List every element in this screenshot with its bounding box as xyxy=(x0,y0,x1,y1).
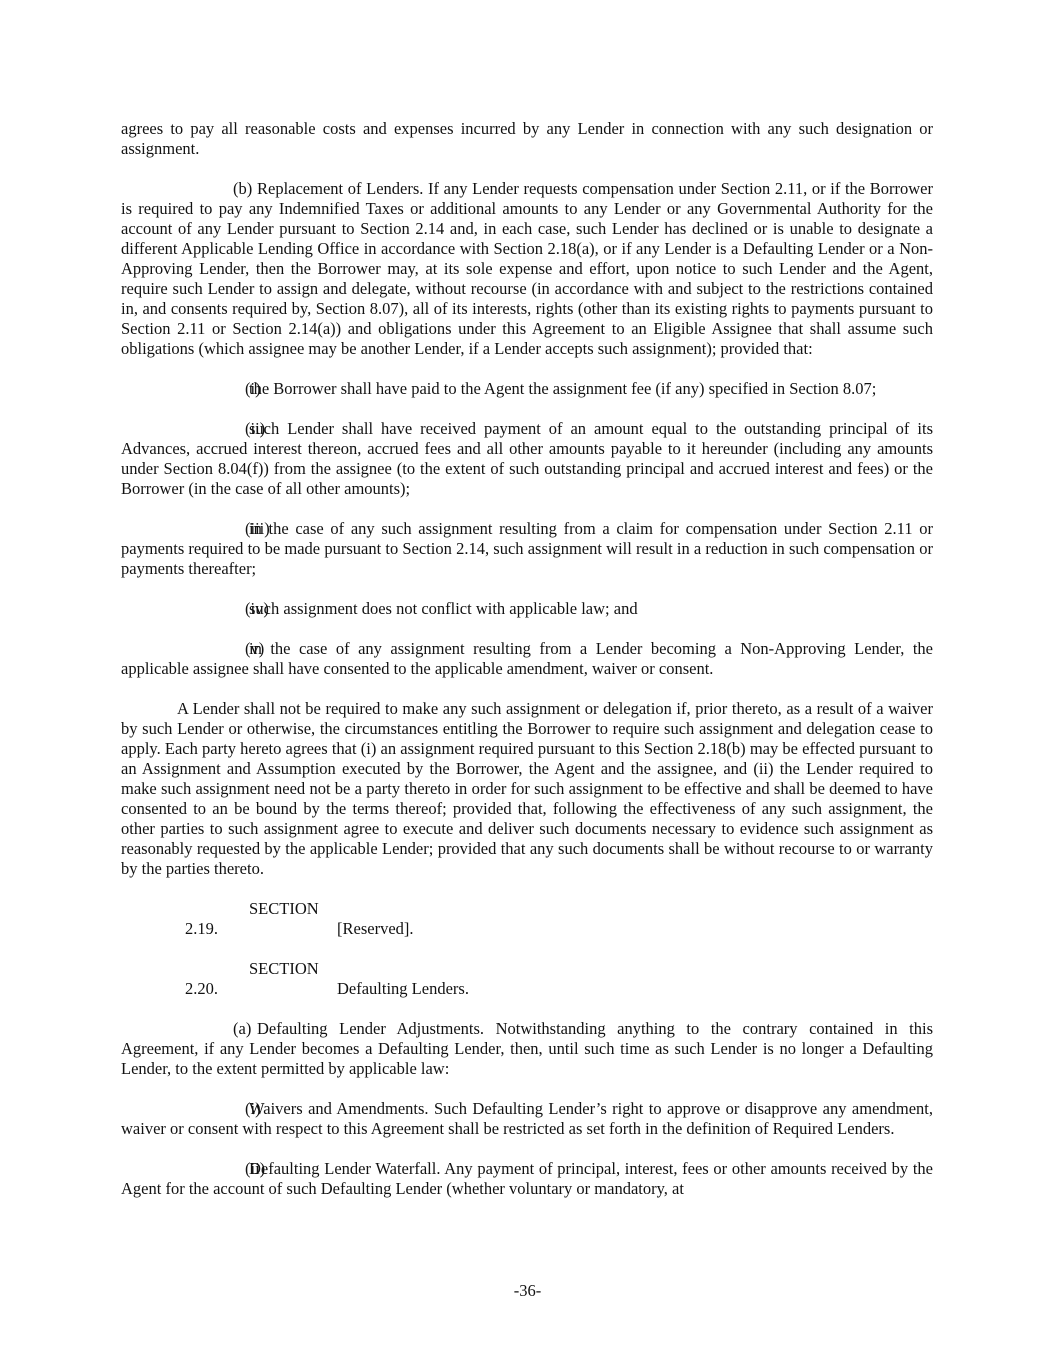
section-title: [Reserved]. xyxy=(337,919,414,938)
section-2-19-heading: SECTION 2.19.[Reserved]. xyxy=(121,899,933,939)
clause-label: (b) xyxy=(177,179,257,199)
paragraph-text: A Lender shall not be required to make a… xyxy=(121,699,933,878)
clause-label: (ii) xyxy=(183,419,249,439)
section-number-label: SECTION 2.19. xyxy=(185,899,337,939)
paragraph-clause-a-i: (i)Waivers and Amendments. Such Defaulti… xyxy=(121,1099,933,1139)
paragraph-text: agrees to pay all reasonable costs and e… xyxy=(121,119,933,158)
paragraph-clause-b-iv: (iv)such assignment does not conflict wi… xyxy=(121,599,933,619)
clause-label: (iv) xyxy=(183,599,249,619)
paragraph-clause-b: (b)Replacement of Lenders. If any Lender… xyxy=(121,179,933,359)
paragraph-text: the Borrower shall have paid to the Agen… xyxy=(249,379,876,398)
document-body: agrees to pay all reasonable costs and e… xyxy=(121,119,933,1199)
section-number-label: SECTION 2.20. xyxy=(185,959,337,999)
paragraph-clause-a: (a)Defaulting Lender Adjustments. Notwit… xyxy=(121,1019,933,1079)
paragraph-clause-b-ii: (ii)such Lender shall have received paym… xyxy=(121,419,933,499)
paragraph-continuation: agrees to pay all reasonable costs and e… xyxy=(121,119,933,159)
document-page: agrees to pay all reasonable costs and e… xyxy=(0,0,1055,1365)
paragraph-clause-b-iii: (iii)in the case of any such assignment … xyxy=(121,519,933,579)
section-title: Defaulting Lenders. xyxy=(337,979,469,998)
paragraph-closing: A Lender shall not be required to make a… xyxy=(121,699,933,879)
clause-label: (iii) xyxy=(183,519,249,539)
paragraph-text: such assignment does not conflict with a… xyxy=(249,599,638,618)
section-2-20-heading: SECTION 2.20.Defaulting Lenders. xyxy=(121,959,933,999)
page-number: -36- xyxy=(0,1281,1055,1301)
clause-label: (v) xyxy=(183,639,249,659)
paragraph-text: Replacement of Lenders. If any Lender re… xyxy=(121,179,933,358)
clause-label: (i) xyxy=(183,379,249,399)
paragraph-clause-a-ii: (ii)Defaulting Lender Waterfall. Any pay… xyxy=(121,1159,933,1199)
clause-label: (a) xyxy=(177,1019,257,1039)
clause-label: (i) xyxy=(183,1099,249,1119)
paragraph-clause-b-v: (v)in the case of any assignment resulti… xyxy=(121,639,933,679)
paragraph-clause-b-i: (i)the Borrower shall have paid to the A… xyxy=(121,379,933,399)
clause-label: (ii) xyxy=(183,1159,249,1179)
